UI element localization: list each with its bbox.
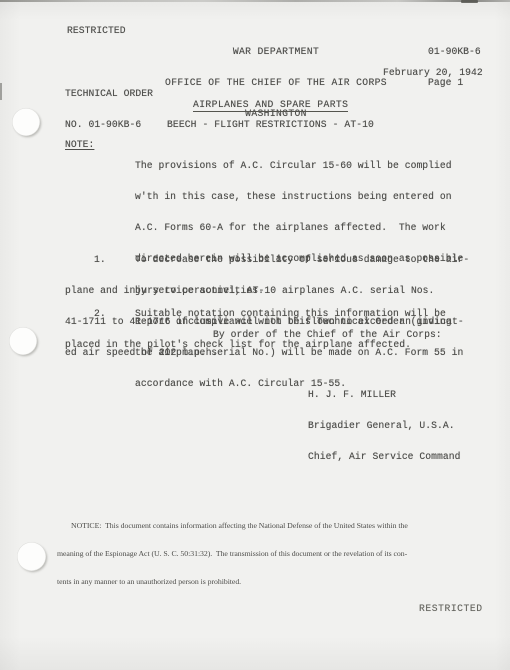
notice-line: meaning of the Espionage Act (U. S. C. 5… (57, 549, 408, 558)
classification-stamp-bottom: RESTRICTED (419, 604, 483, 614)
punch-hole-bottom (17, 542, 46, 571)
espionage-act-notice: NOTICE: This document contains informati… (57, 503, 408, 604)
paragraph-2-line: 2. Suitable notation containing this inf… (65, 309, 446, 319)
punch-hole-middle (9, 327, 37, 355)
notice-line: tents in any manner to an unauthorized p… (57, 577, 408, 586)
scan-corner-mark (461, 0, 478, 3)
signature-block: H. J. F. MILLER Brigadier General, U.S.A… (308, 369, 460, 483)
document-page: RESTRICTED WAR DEPARTMENT OFFICE OF THE … (0, 0, 510, 670)
signature-title: Chief, Air Service Command (308, 452, 460, 462)
signature-rank: Brigadier General, U.S.A. (308, 421, 460, 431)
technical-order-label: TECHNICAL ORDER (65, 89, 153, 99)
document-date: February 20, 1942 (383, 68, 483, 78)
signature-name: H. J. F. MILLER (308, 390, 460, 400)
letterhead-line-office: OFFICE OF THE CHIEF OF THE AIR CORPS (165, 78, 387, 88)
technical-order-number: NO. 01-90KB-6 (65, 120, 153, 130)
note-line: w'th in this case, these instructions be… (135, 192, 463, 202)
subject-subtitle: BEECH - FLIGHT RESTRICTIONS - AT-10 (167, 120, 374, 130)
by-order-line: By order of the Chief of the Air Corps: (213, 330, 442, 340)
page-number: Page 1 (428, 78, 481, 88)
paragraph-2-line: placed in the pilot's check list for the… (65, 340, 446, 350)
punch-hole-top (12, 108, 40, 136)
note-line: The provisions of A.C. Circular 15-60 wi… (135, 161, 463, 171)
subject-title: AIRPLANES AND SPARE PARTS (193, 100, 348, 112)
notice-line: NOTICE: This document contains informati… (57, 521, 408, 530)
letterhead-line-department: WAR DEPARTMENT (165, 47, 387, 57)
note-line: A.C. Forms 60-A for the airplanes affect… (135, 223, 463, 233)
paragraph-1-line: 1. To decrease the possibility of seriou… (65, 255, 469, 265)
classification-stamp-top: RESTRICTED (67, 26, 126, 36)
document-number: 01-90KB-6 (428, 47, 481, 57)
scan-left-edge-mark (0, 83, 2, 100)
note-label: NOTE: (65, 140, 94, 150)
scan-top-edge (0, 0, 510, 2)
